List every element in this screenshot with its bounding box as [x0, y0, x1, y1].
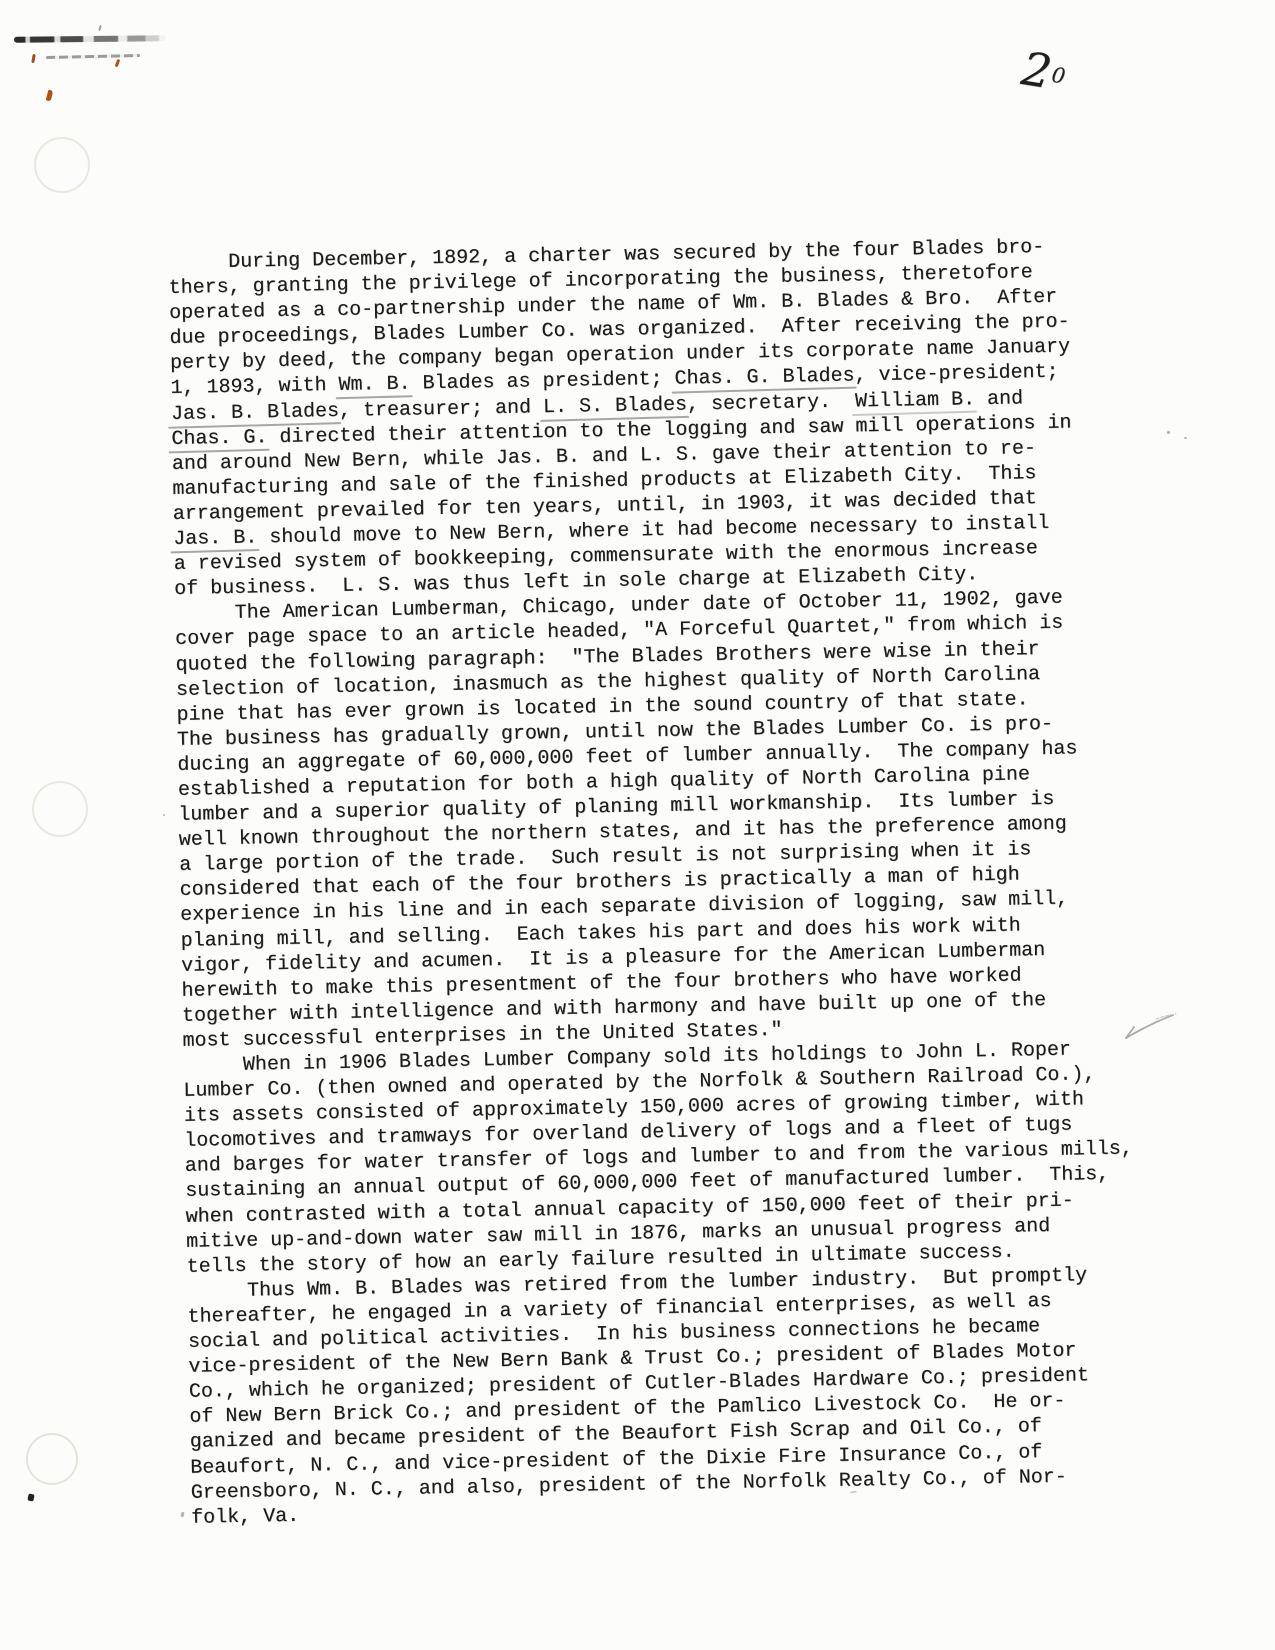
handwritten-page-number: 20: [1018, 41, 1067, 101]
pencil-underlined-name: Chas. G.: [171, 426, 267, 451]
pencil-check-mark: [1116, 1008, 1178, 1046]
text-segment: folk, Va.: [191, 1504, 299, 1529]
hole-punch-shadow-bottom: [26, 1433, 78, 1485]
text-segment: 1, 1893, with: [170, 374, 338, 400]
text-segment: , treasurer; and: [339, 396, 543, 423]
pencil-underlined-name: Jas. B. Blades: [171, 399, 339, 425]
text-segment: , secretary.: [687, 390, 855, 416]
pencil-underlined-name: Chas. G. Blades: [674, 365, 854, 391]
text-segment: and: [975, 387, 1023, 411]
hole-punch-shadow-middle: [32, 781, 88, 837]
orange-ink-tick-3: [46, 90, 54, 102]
orange-ink-tick-2: [115, 59, 120, 67]
page-number-digit: 0: [1050, 63, 1067, 89]
stray-speck: [1167, 431, 1170, 434]
ink-smudge-line-1: [14, 35, 166, 43]
stray-pen-tick: [98, 25, 102, 31]
text-segment: , vice-president;: [854, 361, 1058, 388]
stray-ink-speck: [27, 1493, 34, 1501]
stray-speck: [180, 1512, 184, 1518]
ink-smudge-line-2: [46, 54, 140, 59]
typewritten-text: During December, 1892, a charter was sec…: [168, 233, 1181, 1531]
page-number-digit: 2: [1018, 41, 1053, 99]
pencil-underlined-name: William B.: [855, 388, 975, 413]
hole-punch-shadow-top: [34, 137, 90, 193]
pencil-underlined-name: Wm. B.: [338, 373, 410, 397]
pencil-underlined-name: Jas. B.: [173, 526, 257, 551]
scanned-document-page: 20 During December, 1892, a charter was …: [0, 0, 1275, 1650]
stray-speck: [1184, 437, 1187, 439]
stray-speck: [163, 814, 165, 816]
orange-ink-tick-1: [31, 54, 36, 63]
text-segment: Blades as president;: [410, 368, 674, 396]
pencil-underlined-name: L. S. Blades: [543, 393, 687, 419]
